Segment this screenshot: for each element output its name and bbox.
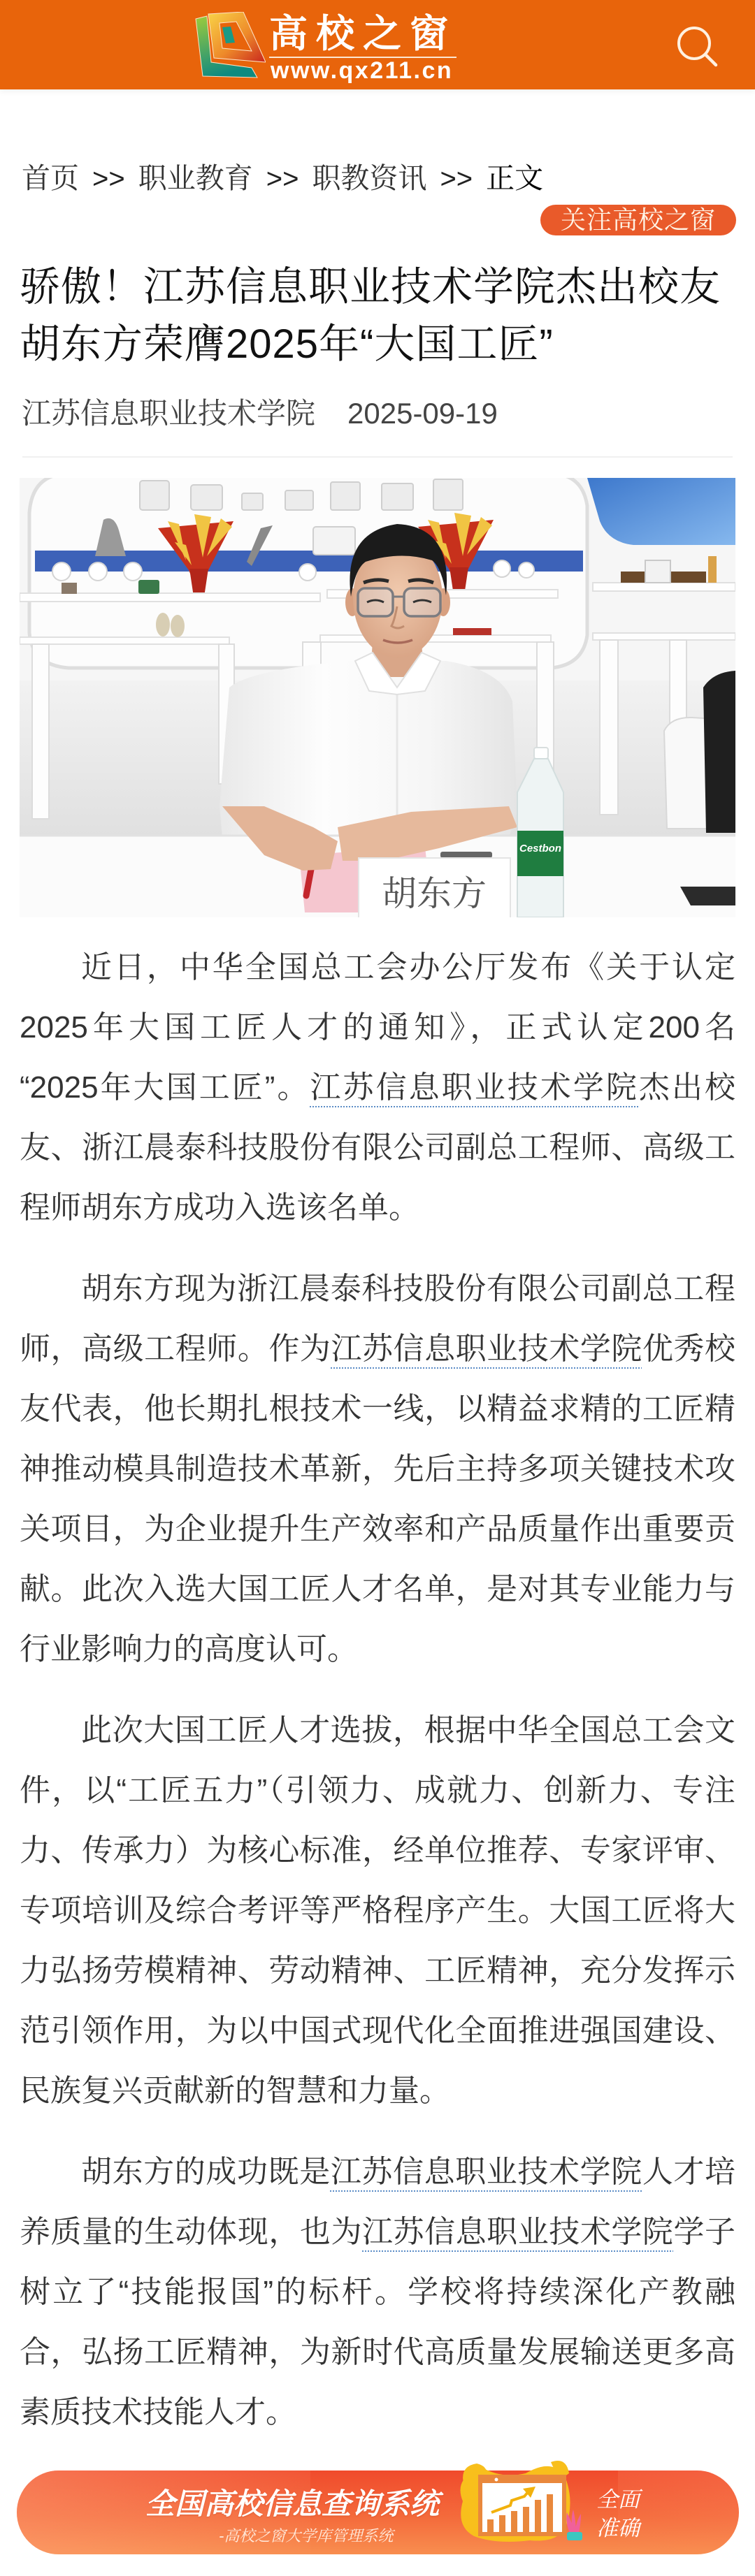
text-segment: 人才培 [642, 2155, 735, 2189]
search-icon [675, 24, 719, 68]
text-segment: 行业影响力的高度认可。 [20, 1632, 358, 1666]
text-segment: 杰出校 [639, 1070, 735, 1105]
banner-tag: 全面 [596, 2485, 640, 2514]
text-segment: 优秀校 [642, 1332, 735, 1366]
breadcrumb-separator: >> [92, 158, 125, 200]
article-date: 2025-09-19 [347, 397, 498, 430]
paragraph-line: 此次大国工匠人才选拔，根据中华全国总工会文 [20, 1701, 735, 1761]
paragraph-line: 友、浙江晨泰科技股份有限公司副总工程师、高级工 [20, 1118, 735, 1178]
banner-subtitle: -高校之窗大学库管理系统 [219, 2528, 393, 2545]
college-keyword-link[interactable]: 江苏信息职业技术学院 [331, 1332, 642, 1366]
name-card-text: 胡东方 [382, 874, 487, 913]
text-segment: 近日，中华全国总工会办公厅发布《关于认定 [81, 950, 735, 984]
breadcrumb-home[interactable]: 首页 [22, 162, 79, 194]
paragraph-line: 胡东方现为浙江晨泰科技股份有限公司副总工程 [20, 1259, 735, 1319]
paragraph-line: 合，弘扬工匠精神，为新时代高质量发展输送更多高 [20, 2322, 735, 2382]
text-segment: 友、浙江晨泰科技股份有限公司副总工程师、高级工 [20, 1130, 735, 1165]
text-segment: 此次大国工匠人才选拔，根据中华全国总工会文 [81, 1713, 735, 1747]
paragraph-line: “2025年大国工匠”。江苏信息职业技术学院杰出校 [20, 1058, 735, 1118]
logo-url-text: www.qx211.cn [271, 59, 453, 82]
text-segment: 养质量的生动体现，也为 [20, 2215, 362, 2249]
breadcrumb-vocational-news[interactable]: 职教资讯 [312, 162, 426, 194]
paragraph-line: 力弘扬劳模精神、劳动精神、工匠精神，充分发挥示 [20, 1941, 735, 2001]
search-button[interactable] [675, 24, 719, 68]
paragraph-line: 专项培训及综合考评等严格程序产生。大国工匠将大 [20, 1881, 735, 1941]
text-segment: 胡东方的成功既是 [81, 2155, 331, 2189]
paragraph-line: 养质量的生动体现，也为江苏信息职业技术学院学子 [20, 2202, 735, 2262]
text-segment: 合，弘扬工匠精神，为新时代高质量发展输送更多高 [20, 2335, 735, 2369]
paragraph-line: 关项目，为企业提升生产效率和产品质量作出重要贡 [20, 1499, 735, 1559]
college-keyword-link[interactable]: 江苏信息职业技术学院 [310, 1070, 639, 1105]
text-segment: 程师胡东方成功入选该名单。 [20, 1191, 419, 1225]
text-segment: 胡东方现为浙江晨泰科技股份有限公司副总工程 [81, 1272, 735, 1306]
paragraph-line: 树立了“技能报国”的标杆。学校将持续深化产教融 [20, 2262, 735, 2322]
article-paragraph: 胡东方现为浙江晨泰科技股份有限公司副总工程师，高级工程师。作为江苏信息职业技术学… [20, 1259, 735, 1680]
text-segment: 力弘扬劳模精神、劳动精神、工匠精神，充分发挥示 [20, 1953, 735, 1988]
site-logo[interactable]: 高校之窗 www.qx211.cn [193, 7, 466, 84]
text-segment: 素质技术技能人才。 [20, 2395, 296, 2429]
meta-divider [22, 456, 733, 458]
article-paragraph: 近日，中华全国总工会办公厅发布《关于认定2025年大国工匠人才的通知》，正式认定… [20, 938, 735, 1238]
college-keyword-link[interactable]: 江苏信息职业技术学院 [331, 2155, 642, 2189]
phone [440, 852, 492, 858]
breadcrumb-vocational-education[interactable]: 职业教育 [138, 162, 253, 194]
paragraph-line: 行业影响力的高度认可。 [20, 1620, 735, 1680]
paragraph-line: 民族复兴贡献新的智慧和力量。 [20, 2061, 735, 2121]
text-segment: 神推动模具制造技术革新，先后主持多项关键技术攻 [20, 1452, 735, 1486]
paragraph-line: 力、传承力）为核心标准，经单位推荐、专家评审、 [20, 1821, 735, 1881]
text-segment: 民族复兴贡献新的智慧和力量。 [20, 2074, 450, 2108]
bottle-label: Cestbon [519, 843, 561, 854]
text-segment: 关项目，为企业提升生产效率和产品质量作出重要贡 [20, 1512, 735, 1546]
paragraph-line: 献。此次入选大国工匠人才名单，是对其专业能力与 [20, 1559, 735, 1620]
text-segment: 专项培训及综合考评等严格程序产生。大国工匠将大 [20, 1893, 735, 1928]
logo-title: 高校之窗 [269, 14, 456, 53]
breadcrumb: 首页>>职业教育>>职教资讯>>正文 [22, 157, 543, 199]
banner-tag: 准确 [596, 2514, 640, 2542]
article-body: 近日，中华全国总工会办公厅发布《关于认定2025年大国工匠人才的通知》，正式认定… [20, 938, 735, 2464]
text-segment: 师，高级工程师。作为 [20, 1332, 331, 1366]
text-segment: 献。此次入选大国工匠人才名单，是对其专业能力与 [20, 1572, 735, 1606]
follow-button[interactable]: 关注高校之窗 [540, 205, 736, 235]
article-source: 江苏信息职业技术学院 [22, 397, 315, 430]
paragraph-line: 神推动模具制造技术革新，先后主持多项关键技术攻 [20, 1439, 735, 1499]
logo-icon [194, 12, 266, 82]
name-card: 胡东方 [359, 858, 510, 917]
text-segment: 友代表，他长期扎根技术一线，以精益求精的工匠精 [20, 1392, 735, 1426]
college-keyword-link[interactable]: 江苏信息职业技术学院 [362, 2215, 673, 2249]
paragraph-line: 近日，中华全国总工会办公厅发布《关于认定 [20, 938, 735, 998]
breadcrumb-separator: >> [266, 158, 299, 200]
text-segment: 力、传承力）为核心标准，经单位推荐、专家评审、 [20, 1833, 735, 1868]
paragraph-line: 范引领作用，为以中国式现代化全面推进强国建设、 [20, 2001, 735, 2061]
paragraph-line: 素质技术技能人才。 [20, 2382, 735, 2443]
paragraph-line: 胡东方的成功既是江苏信息职业技术学院人才培 [20, 2142, 735, 2202]
banner-title: 全国高校信息查询系统 [145, 2487, 439, 2521]
paragraph-line: 程师胡东方成功入选该名单。 [20, 1178, 735, 1238]
banner-tags: 全面 准确 [596, 2485, 640, 2542]
article-title: 骄傲！江苏信息职业技术学院杰出校友胡东方荣膺2025年“大国工匠” [20, 259, 729, 373]
article-photo: 胡东方 Cestbon [20, 478, 735, 917]
paragraph-line: 2025年大国工匠人才的通知》，正式认定200名 [20, 998, 735, 1058]
text-segment: “2025年大国工匠”。 [20, 1070, 310, 1105]
paragraph-line: 件，以“工匠五力”（引领力、成就力、创新力、专注 [20, 1761, 735, 1821]
paragraph-line: 师，高级工程师。作为江苏信息职业技术学院优秀校 [20, 1319, 735, 1379]
site-header: 高校之窗 www.qx211.cn [0, 0, 755, 89]
paragraph-line: 友代表，他长期扎根技术一线，以精益求精的工匠精 [20, 1379, 735, 1439]
breadcrumb-separator: >> [440, 158, 473, 200]
breadcrumb-current: 正文 [486, 162, 543, 194]
article-paragraph: 胡东方的成功既是江苏信息职业技术学院人才培养质量的生动体现，也为江苏信息职业技术… [20, 2142, 735, 2443]
text-segment: 树立了“技能报国”的标杆。学校将持续深化产教融 [20, 2275, 735, 2309]
text-segment: 范引领作用，为以中国式现代化全面推进强国建设、 [20, 2014, 735, 2048]
text-segment: 件，以“工匠五力”（引领力、成就力、创新力、专注 [20, 1773, 735, 1807]
text-segment: 学子 [673, 2215, 735, 2249]
text-segment: 2025年大国工匠人才的通知》，正式认定200名 [20, 1010, 735, 1045]
article-paragraph: 此次大国工匠人才选拔，根据中华全国总工会文件，以“工匠五力”（引领力、成就力、创… [20, 1701, 735, 2121]
article-meta: 江苏信息职业技术学院2025-09-19 [22, 393, 498, 435]
